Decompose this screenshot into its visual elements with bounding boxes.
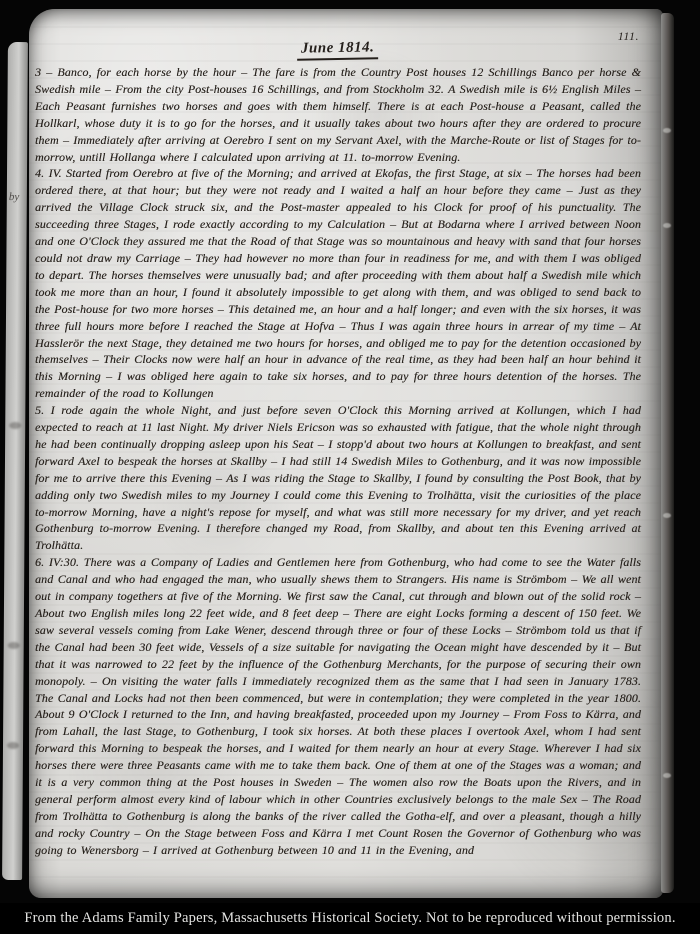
diary-entries: 3 – Banco, for each horse by the hour – … (35, 64, 641, 859)
manuscript-scan: by 111. June 1814. 3 – Banco, for each h… (0, 0, 700, 903)
diary-entry-june-5: 5. I rode again the whole Night, and jus… (35, 402, 641, 554)
ink-mark (9, 422, 21, 429)
ink-mark (8, 642, 20, 649)
facing-page-edge: by (2, 42, 28, 880)
facing-page-text-fragment: by (9, 192, 27, 203)
heading-text: June 1814. (297, 39, 379, 60)
book-page-edges (661, 13, 674, 893)
page-edge-mark (663, 773, 671, 778)
manuscript-page: 111. June 1814. 3 – Banco, for each hors… (29, 9, 663, 898)
page-edge-mark (663, 128, 671, 133)
diary-entry-june-3: 3 – Banco, for each horse by the hour – … (35, 64, 641, 165)
diary-entry-june-6: 6. IV:30. There was a Company of Ladies … (35, 554, 641, 858)
attribution-bar: From the Adams Family Papers, Massachuse… (0, 903, 700, 934)
entry-date-heading: June 1814. (35, 39, 641, 60)
diary-entry-june-4: 4. IV. Started from Oerebro at five of t… (35, 165, 641, 402)
page-edge-mark (663, 223, 671, 228)
attribution-text: From the Adams Family Papers, Massachuse… (24, 910, 675, 927)
ink-mark (7, 742, 19, 749)
page-edge-mark (663, 513, 671, 518)
page-content: June 1814. 3 – Banco, for each horse by … (29, 9, 663, 859)
